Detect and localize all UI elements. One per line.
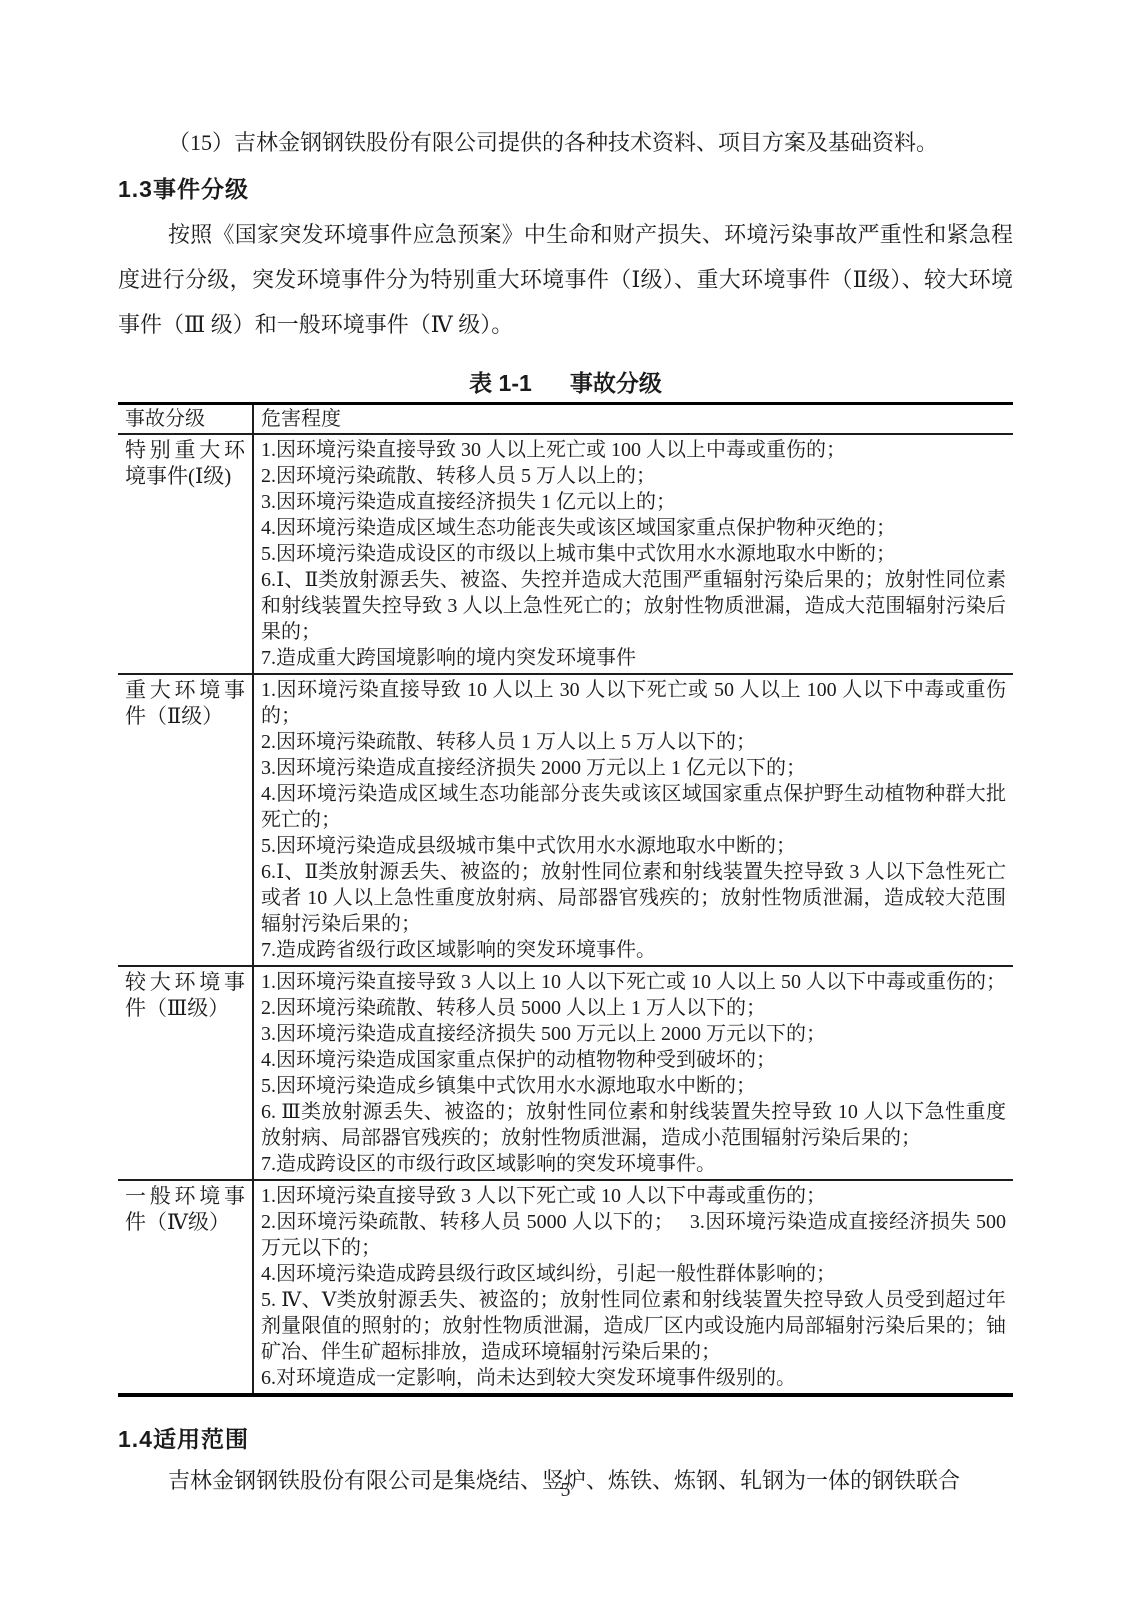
section-1-3-paragraph: 按照《国家突发环境事件应急预案》中生命和财产损失、环境污染事故严重性和紧急程度进… [118,212,1013,347]
page-number: 5 [0,1479,1131,1502]
table-header-row: 事故分级 危害程度 [118,404,1013,435]
hazard-item: 1.因环境污染直接导致 3 人以上 10 人以下死亡或 10 人以上 50 人以… [261,969,1006,995]
row-label-level3: 较大环境事件（Ⅲ级） [118,966,253,1180]
column-header-grade: 事故分级 [118,404,253,435]
hazard-cell-level4: 1.因环境污染直接导致 3 人以下死亡或 10 人以下中毒或重伤的； 2.因环境… [253,1180,1013,1395]
document-page: （15）吉林金钢钢铁股份有限公司提供的各种技术资料、项目方案及基础资料。 1.3… [0,0,1131,1600]
hazard-cell-level1: 1.因环境污染直接导致 30 人以上死亡或 100 人以上中毒或重伤的； 2.因… [253,434,1013,674]
hazard-item: 1.因环境污染直接导致 3 人以下死亡或 10 人以下中毒或重伤的； [261,1183,1006,1209]
hazard-item: 5.因环境污染造成县级城市集中式饮用水水源地取水中断的； [261,833,1006,859]
incident-classification-table: 事故分级 危害程度 特别重大环境事件(Ⅰ级) 1.因环境污染直接导致 30 人以… [118,402,1013,1397]
table-caption-number: 表 1-1 [469,370,532,396]
hazard-item: 2.因环境污染疏散、转移人员 1 万人以上 5 万人以下的； [261,729,1006,755]
hazard-item: 6.Ⅰ、Ⅱ类放射源丢失、被盗的；放射性同位素和射线装置失控导致 3 人以下急性死… [261,859,1006,937]
table-row-level4: 一般环境事件（Ⅳ级） 1.因环境污染直接导致 3 人以下死亡或 10 人以下中毒… [118,1180,1013,1395]
table-caption: 表 1-1事故分级 [118,369,1013,397]
hazard-item: 7.造成跨设区的市级行政区域影响的突发环境事件。 [261,1151,1006,1177]
hazard-item: 2.因环境污染疏散、转移人员 5000 人以下的； 3.因环境污染造成直接经济损… [261,1209,1006,1261]
hazard-item: 1.因环境污染直接导致 10 人以上 30 人以下死亡或 50 人以上 100 … [261,677,1006,729]
table-caption-title: 事故分级 [570,370,662,396]
hazard-item: 7.造成重大跨国境影响的境内突发环境事件 [261,645,1006,671]
hazard-item: 3.因环境污染造成直接经济损失 2000 万元以上 1 亿元以下的； [261,755,1006,781]
hazard-item: 3.因环境污染造成直接经济损失 500 万元以上 2000 万元以下的； [261,1021,1006,1047]
hazard-item: 4.因环境污染造成跨县级行政区域纠纷，引起一般性群体影响的； [261,1261,1006,1287]
column-header-hazard: 危害程度 [253,404,1013,435]
hazard-item: 5.因环境污染造成设区的市级以上城市集中式饮用水水源地取水中断的； [261,541,1006,567]
list-item-15: （15）吉林金钢钢铁股份有限公司提供的各种技术资料、项目方案及基础资料。 [118,128,1013,158]
hazard-item: 2.因环境污染疏散、转移人员 5000 人以上 1 万人以下的； [261,995,1006,1021]
hazard-item: 6. Ⅲ类放射源丢失、被盗的；放射性同位素和射线装置失控导致 10 人以下急性重… [261,1099,1006,1151]
section-1-4-heading: 1.4适用范围 [118,1421,1013,1454]
section-1-3-heading: 1.3事件分级 [118,171,1013,204]
hazard-item: 5. Ⅳ、Ⅴ类放射源丢失、被盗的；放射性同位素和射线装置失控导致人员受到超过年剂… [261,1287,1006,1365]
table-row-level1: 特别重大环境事件(Ⅰ级) 1.因环境污染直接导致 30 人以上死亡或 100 人… [118,434,1013,674]
hazard-item: 7.造成跨省级行政区域影响的突发环境事件。 [261,937,1006,963]
hazard-item: 3.因环境污染造成直接经济损失 1 亿元以上的； [261,489,1006,515]
table-row-level2: 重大环境事件（Ⅱ级） 1.因环境污染直接导致 10 人以上 30 人以下死亡或 … [118,674,1013,966]
hazard-item: 5.因环境污染造成乡镇集中式饮用水水源地取水中断的； [261,1073,1006,1099]
row-label-level2: 重大环境事件（Ⅱ级） [118,674,253,966]
hazard-item: 1.因环境污染直接导致 30 人以上死亡或 100 人以上中毒或重伤的； [261,437,1006,463]
row-label-level1: 特别重大环境事件(Ⅰ级) [118,434,253,674]
hazard-cell-level2: 1.因环境污染直接导致 10 人以上 30 人以下死亡或 50 人以上 100 … [253,674,1013,966]
hazard-item: 2.因环境污染疏散、转移人员 5 万人以上的； [261,463,1006,489]
table-row-level3: 较大环境事件（Ⅲ级） 1.因环境污染直接导致 3 人以上 10 人以下死亡或 1… [118,966,1013,1180]
hazard-item: 6.Ⅰ、Ⅱ类放射源丢失、被盗、失控并造成大范围严重辐射污染后果的；放射性同位素和… [261,567,1006,645]
hazard-item: 4.因环境污染造成国家重点保护的动植物物种受到破坏的； [261,1047,1006,1073]
hazard-item: 4.因环境污染造成区域生态功能部分丧失或该区域国家重点保护野生动植物种群大批死亡… [261,781,1006,833]
row-label-level4: 一般环境事件（Ⅳ级） [118,1180,253,1395]
hazard-cell-level3: 1.因环境污染直接导致 3 人以上 10 人以下死亡或 10 人以上 50 人以… [253,966,1013,1180]
hazard-item: 4.因环境污染造成区域生态功能丧失或该区域国家重点保护物种灭绝的； [261,515,1006,541]
hazard-item: 6.对环境造成一定影响，尚未达到较大突发环境事件级别的。 [261,1365,1006,1391]
